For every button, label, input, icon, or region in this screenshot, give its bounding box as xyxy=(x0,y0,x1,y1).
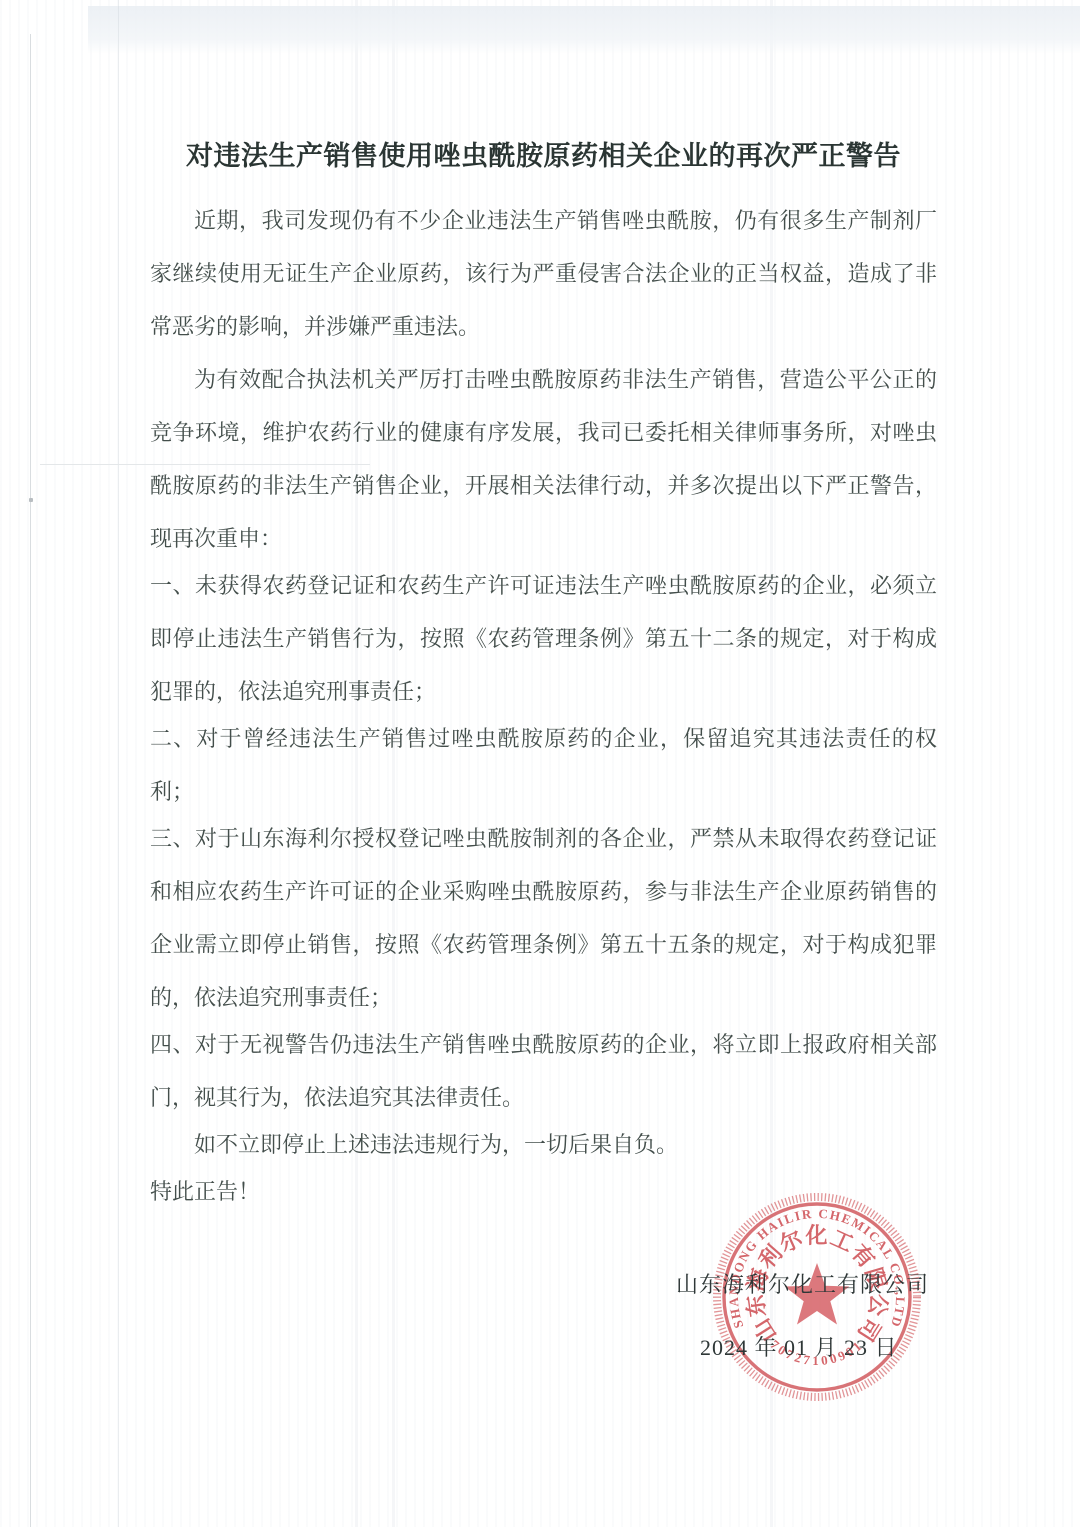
scan-top-shadow xyxy=(88,6,1080,54)
paragraph-warning-3: 三、对于山东海利尔授权登记唑虫酰胺制剂的各企业，严禁从未取得农药登记证和相应农药… xyxy=(150,812,937,1024)
body-line: 二、对于曾经违法生产销售过唑虫酰胺原药的企业，保留追究其违法责任的权 xyxy=(150,712,937,765)
body-line: 门，视其行为，依法追究其法律责任。 xyxy=(150,1071,937,1124)
body-line: 即停止违法生产销售行为，按照《农药管理条例》第五十二条的规定，对于构成 xyxy=(150,612,937,665)
body-line: 三、对于山东海利尔授权登记唑虫酰胺制剂的各企业，严禁从未取得农药登记证 xyxy=(150,812,937,865)
scan-edge-line xyxy=(118,0,119,1527)
body-line: 家继续使用无证生产企业原药，该行为严重侵害合法企业的正当权益，造成了非 xyxy=(150,247,937,300)
body-line: 的，依法追究刑事责任； xyxy=(150,971,937,1024)
scan-edge-line xyxy=(30,34,31,1527)
body-line: 如不立即停止上述违法违规行为，一切后果自负。 xyxy=(150,1118,937,1171)
body-line: 利； xyxy=(150,765,937,818)
paragraph-purpose: 为有效配合执法机关严厉打击唑虫酰胺原药非法生产销售，营造公平公正的竞争环境，维护… xyxy=(150,353,937,565)
document-title: 对违法生产销售使用唑虫酰胺原药相关企业的再次严正警告 xyxy=(150,134,937,173)
scan-speck xyxy=(29,498,33,502)
body-line: 犯罪的，依法追究刑事责任； xyxy=(150,665,937,718)
document-body: 近期，我司发现仍有不少企业违法生产销售唑虫酰胺，仍有很多生产制剂厂家继续使用无证… xyxy=(150,194,937,1218)
paragraph-warning-4: 四、对于无视警告仍违法生产销售唑虫酰胺原药的企业，将立即上报政府相关部门，视其行… xyxy=(150,1018,937,1124)
body-line: 为有效配合执法机关严厉打击唑虫酰胺原药非法生产销售，营造公平公正的 xyxy=(150,353,937,406)
body-line: 企业需立即停止销售，按照《农药管理条例》第五十五条的规定，对于构成犯罪 xyxy=(150,918,937,971)
paragraph-warning-2: 二、对于曾经违法生产销售过唑虫酰胺原药的企业，保留追究其违法责任的权利； xyxy=(150,712,937,818)
signature-date: 2024 年 01 月 23 日 xyxy=(700,1331,898,1362)
body-line: 四、对于无视警告仍违法生产销售唑虫酰胺原药的企业，将立即上报政府相关部 xyxy=(150,1018,937,1071)
body-line: 现再次重申： xyxy=(150,512,937,565)
body-line: 竞争环境，维护农药行业的健康有序发展，我司已委托相关律师事务所，对唑虫 xyxy=(150,406,937,459)
scanned-document-page: 对违法生产销售使用唑虫酰胺原药相关企业的再次严正警告 近期，我司发现仍有不少企业… xyxy=(0,0,1080,1527)
signature-company: 山东海利尔化工有限公司 xyxy=(676,1268,929,1299)
paragraph-consequence: 如不立即停止上述违法违规行为，一切后果自负。 xyxy=(150,1118,937,1171)
body-line: 一、未获得农药登记证和农药生产许可证违法生产唑虫酰胺原药的企业，必须立 xyxy=(150,559,937,612)
paragraph-warning-1: 一、未获得农药登记证和农药生产许可证违法生产唑虫酰胺原药的企业，必须立即停止违法… xyxy=(150,559,937,718)
body-line: 近期，我司发现仍有不少企业违法生产销售唑虫酰胺，仍有很多生产制剂厂 xyxy=(150,194,937,247)
body-line: 酰胺原药的非法生产销售企业，开展相关法律行动，并多次提出以下严正警告， xyxy=(150,459,937,512)
body-line: 常恶劣的影响，并涉嫌严重违法。 xyxy=(150,300,937,353)
body-line: 和相应农药生产许可证的企业采购唑虫酰胺原药，参与非法生产企业原药销售的 xyxy=(150,865,937,918)
paragraph-intro: 近期，我司发现仍有不少企业违法生产销售唑虫酰胺，仍有很多生产制剂厂家继续使用无证… xyxy=(150,194,937,353)
